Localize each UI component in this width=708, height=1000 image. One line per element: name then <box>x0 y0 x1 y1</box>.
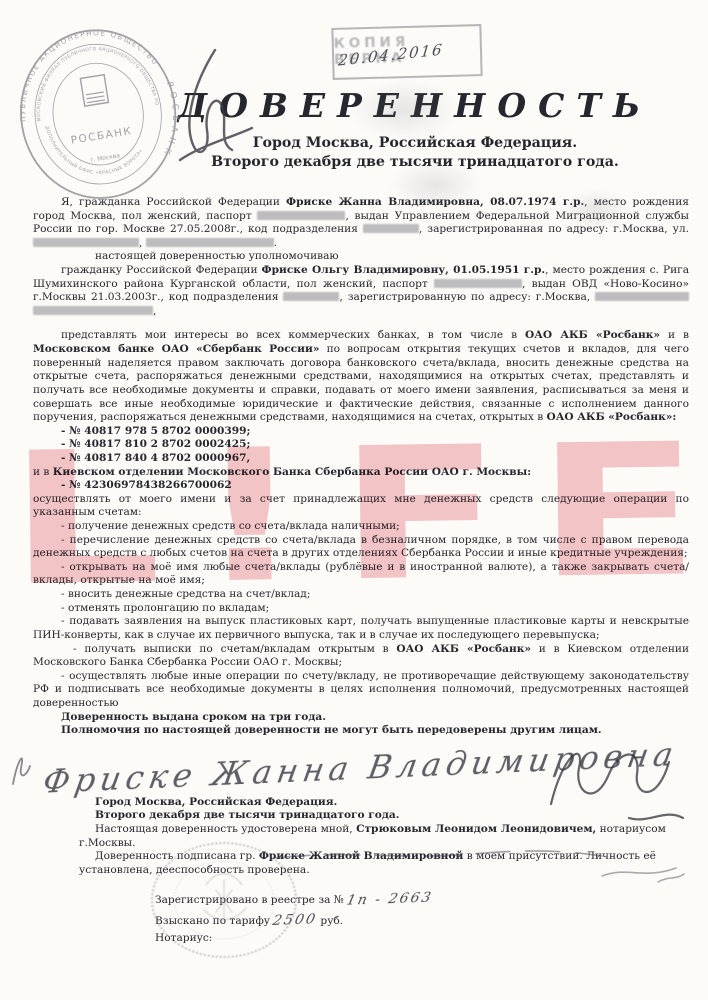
paragraph: - вносить денежные средства на счет/вкла… <box>33 588 689 602</box>
text-run: гражданку Российской Федерации <box>61 264 262 276</box>
text-run: - отменять пролонгацию по вкладам; <box>61 602 269 614</box>
text-run: Полномочия по настоящей доверенности не … <box>61 724 602 736</box>
text-run: Второго декабря две тысячи тринадцатого … <box>95 809 399 821</box>
seal-inner-bottom-text: ДОПОЛНИТЕЛЬНЫЙ ОФИС «КРАСНЫЕ ВОРОТА» <box>44 111 148 184</box>
text-run: . <box>274 237 277 249</box>
paragraph: - подавать заявления на выпуск пластиков… <box>33 615 689 642</box>
redaction-box <box>33 306 153 315</box>
paragraph: - № 40817 810 2 8702 0002425; <box>61 438 689 452</box>
paragraph: - № 40817 978 5 8702 0000399; <box>61 425 689 439</box>
seal-center-city: г. Москва <box>90 152 121 164</box>
text-run: - подавать заявления на выпуск пластиков… <box>33 615 689 641</box>
paragraph: гражданку Российской Федерации Фриске Ол… <box>33 264 689 318</box>
svg-text:ДОПОЛНИТЕЛЬНЫЙ ОФИС «КРАСНЫЕ В: ДОПОЛНИТЕЛЬНЫЙ ОФИС «КРАСНЫЕ ВОРОТА» <box>44 111 148 184</box>
seal-center-name: РОСБАНК <box>70 125 133 147</box>
tariff-suffix: руб. <box>320 915 343 927</box>
text-run: - получение денежных средств со счета/вк… <box>61 520 400 532</box>
text-run: - № 40817 810 2 8702 0002425; <box>61 438 250 450</box>
paragraph: - осуществлять любые иные операции по сч… <box>33 670 689 711</box>
redaction-box <box>257 211 345 220</box>
text-run: , зарегистрированная по адресу: г.Москва… <box>419 223 689 235</box>
paragraph: осуществлять от моего имени и за счет пр… <box>33 493 689 520</box>
text-run: - № 40817 840 4 8702 0000967, <box>61 452 250 464</box>
text-run: , зарегистрированную по адресу: г.Москва… <box>339 291 595 303</box>
scan-smudge <box>560 190 630 230</box>
text-run: и в <box>660 329 689 341</box>
text-run: - открывать на моё имя любые счета/вклад… <box>33 561 689 587</box>
redaction-box <box>363 224 419 233</box>
text-run: - перечисление денежных средств со счета… <box>33 534 689 560</box>
scan-smudge <box>390 160 480 210</box>
signature-block: Фриске Жанна Владимировна <box>33 740 689 796</box>
redaction-box <box>595 292 689 301</box>
text-run: осуществлять от моего имени и за счет пр… <box>33 493 689 519</box>
paragraph: Доверенность выдана сроком на три года. <box>33 711 689 725</box>
text-run: и в <box>33 466 53 478</box>
text-run: , <box>139 237 146 249</box>
margin-pen-tick <box>5 740 35 790</box>
paragraph: - отменять пролонгацию по вкладам; <box>33 602 689 616</box>
text-run: Киевском отделении Московского Банка Сбе… <box>53 466 531 478</box>
paragraph: - получение денежных средств со счета/вк… <box>33 520 689 534</box>
document-body: Я, гражданка Российской Федерации Фриске… <box>33 196 689 947</box>
signature-flourish <box>533 734 693 826</box>
text-run: представлять мои интересы во всех коммер… <box>61 329 525 341</box>
text-run: Доверенность выдана сроком на три года. <box>61 711 326 723</box>
notary-signature-stroke <box>272 842 692 898</box>
scanned-document-page: ПУБЛИЧНОЕ АКЦИОНЕРНОЕ ОБЩЕСТВО РОСБАНК М… <box>0 0 708 1000</box>
redaction-box <box>146 238 274 247</box>
redaction-box <box>434 279 522 288</box>
pen-squiggle <box>160 42 260 172</box>
redaction-box <box>33 238 139 247</box>
paragraph: - перечисление денежных средств со счета… <box>33 534 689 561</box>
paragraph: и в Киевском отделении Московского Банка… <box>33 466 689 480</box>
text-run: ОАО АКБ «Росбанк»: <box>547 411 677 423</box>
scan-smudge <box>350 80 460 140</box>
text-run: ОАО АКБ «Росбанк» <box>525 329 660 341</box>
paragraph: - открывать на моё имя любые счета/вклад… <box>33 561 689 588</box>
text-run: - осуществлять любые иные операции по сч… <box>33 670 689 709</box>
text-run: ОАО АКБ «Росбанк» <box>396 643 531 655</box>
text-run: - № 42306978438266700062 <box>61 479 232 491</box>
paragraph: настоящей доверенностью уполномочиваю <box>33 250 689 264</box>
text-run: - № 40817 978 5 8702 0000399; <box>61 425 250 437</box>
redaction-box <box>283 292 339 301</box>
text-run: , <box>153 305 156 317</box>
text-run: Московском банке ОАО «Сбербанк России» <box>33 343 319 355</box>
text-run: Настоящая доверенность удостоверена мной… <box>95 823 356 835</box>
text-run: - получать выписки по счетам/вкладам отк… <box>73 643 396 655</box>
paragraph: - № 42306978438266700062 <box>61 479 689 493</box>
text-run: - вносить денежные средства на счет/вкла… <box>61 588 310 600</box>
body-paragraphs: Я, гражданка Российской Федерации Фриске… <box>33 196 689 738</box>
paragraph: представлять мои интересы во всех коммер… <box>33 329 689 424</box>
paragraph: - № 40817 840 4 8702 0000967, <box>61 452 689 466</box>
paragraph: - получать выписки по счетам/вкладам отк… <box>33 643 689 670</box>
text-run: настоящей доверенностью уполномочиваю <box>95 250 339 262</box>
text-run: Фриске Ольгу Владимировну, 01.05.1951 г.… <box>262 264 546 276</box>
